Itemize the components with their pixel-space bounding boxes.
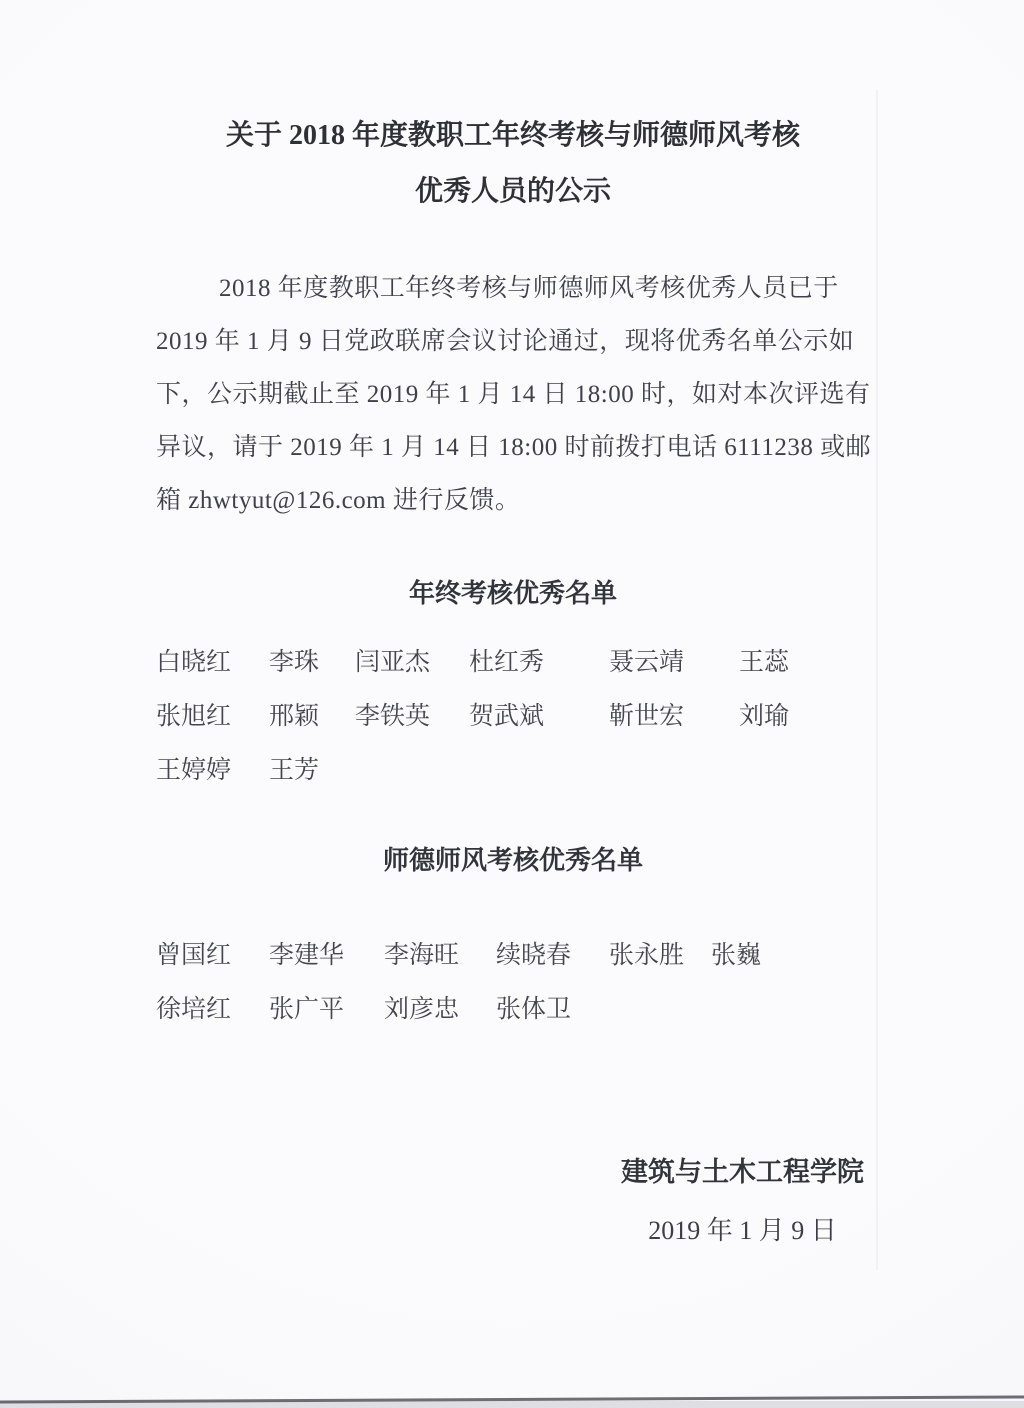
- name-item: 贺武斌: [469, 690, 609, 744]
- body-line: 2018 年度教职工年终考核与师德师风考核优秀人员已于: [156, 262, 870, 315]
- name-item: 张巍: [711, 929, 870, 983]
- name-item: 刘瑜: [739, 690, 870, 744]
- document-title-line2: 优秀人员的公示: [156, 164, 870, 220]
- name-item: 杜红秀: [469, 636, 609, 690]
- name-item: 李铁英: [355, 690, 469, 744]
- body-paragraph: 2018 年度教职工年终考核与师德师风考核优秀人员已于 2019 年 1 月 9…: [156, 262, 870, 527]
- name-item: 聂云靖: [609, 636, 739, 690]
- name-item: 邢颖: [269, 690, 355, 744]
- body-line: 箱 zhwtyut@126.com 进行反馈。: [156, 474, 870, 527]
- year-end-name-list: 白晓红 李珠 闫亚杰 杜红秀 聂云靖 王蕊 张旭红 邢颖 李铁英 贺武斌 靳世宏…: [156, 636, 870, 798]
- name-item: 刘彦忠: [384, 983, 496, 1037]
- body-line: 异议，请于 2019 年 1 月 14 日 18:00 时前拨打电话 61112…: [156, 421, 870, 474]
- name-item: 张永胜: [609, 929, 711, 983]
- body-line: 2019 年 1 月 9 日党政联席会议讨论通过，现将优秀名单公示如: [156, 315, 870, 368]
- name-item: 王蕊: [739, 636, 870, 690]
- document-title-line1: 关于 2018 年度教职工年终考核与师德师风考核: [156, 108, 870, 164]
- name-item: 续晓春: [496, 929, 609, 983]
- name-item: 靳世宏: [609, 690, 739, 744]
- section-heading-ethics-list: 师德师风考核优秀名单: [156, 840, 870, 877]
- name-item: 李建华: [269, 929, 384, 983]
- name-item: 张广平: [269, 983, 384, 1037]
- issue-date: 2019 年 1 月 9 日: [621, 1210, 864, 1247]
- name-item: 徐培红: [156, 983, 269, 1037]
- signature-block: 建筑与土木工程学院 2019 年 1 月 9 日: [621, 1152, 864, 1247]
- name-item: 王芳: [269, 744, 355, 798]
- name-item: 曾国红: [156, 929, 269, 983]
- name-item: 王婷婷: [156, 744, 269, 798]
- scanned-notice-page: 关于 2018 年度教职工年终考核与师德师风考核 优秀人员的公示 2018 年度…: [0, 0, 1024, 1408]
- issuing-department: 建筑与土木工程学院: [621, 1152, 864, 1192]
- name-item: 李珠: [269, 636, 355, 690]
- section-heading-year-end-list: 年终考核优秀名单: [156, 573, 870, 610]
- ethics-name-list: 曾国红 李建华 李海旺 续晓春 张永胜 张巍 徐培红 张广平 刘彦忠 张体卫: [156, 929, 870, 1037]
- name-item: 白晓红: [156, 636, 269, 690]
- document-content: 关于 2018 年度教职工年终考核与师德师风考核 优秀人员的公示 2018 年度…: [0, 0, 1024, 1037]
- name-item: 李海旺: [384, 929, 496, 983]
- scan-artifact-streak: [876, 90, 878, 1270]
- name-item: 闫亚杰: [355, 636, 469, 690]
- name-item: 张旭红: [156, 690, 269, 744]
- body-line: 下，公示期截止至 2019 年 1 月 14 日 18:00 时，如对本次评选有: [156, 368, 870, 421]
- name-item: 张体卫: [496, 983, 609, 1037]
